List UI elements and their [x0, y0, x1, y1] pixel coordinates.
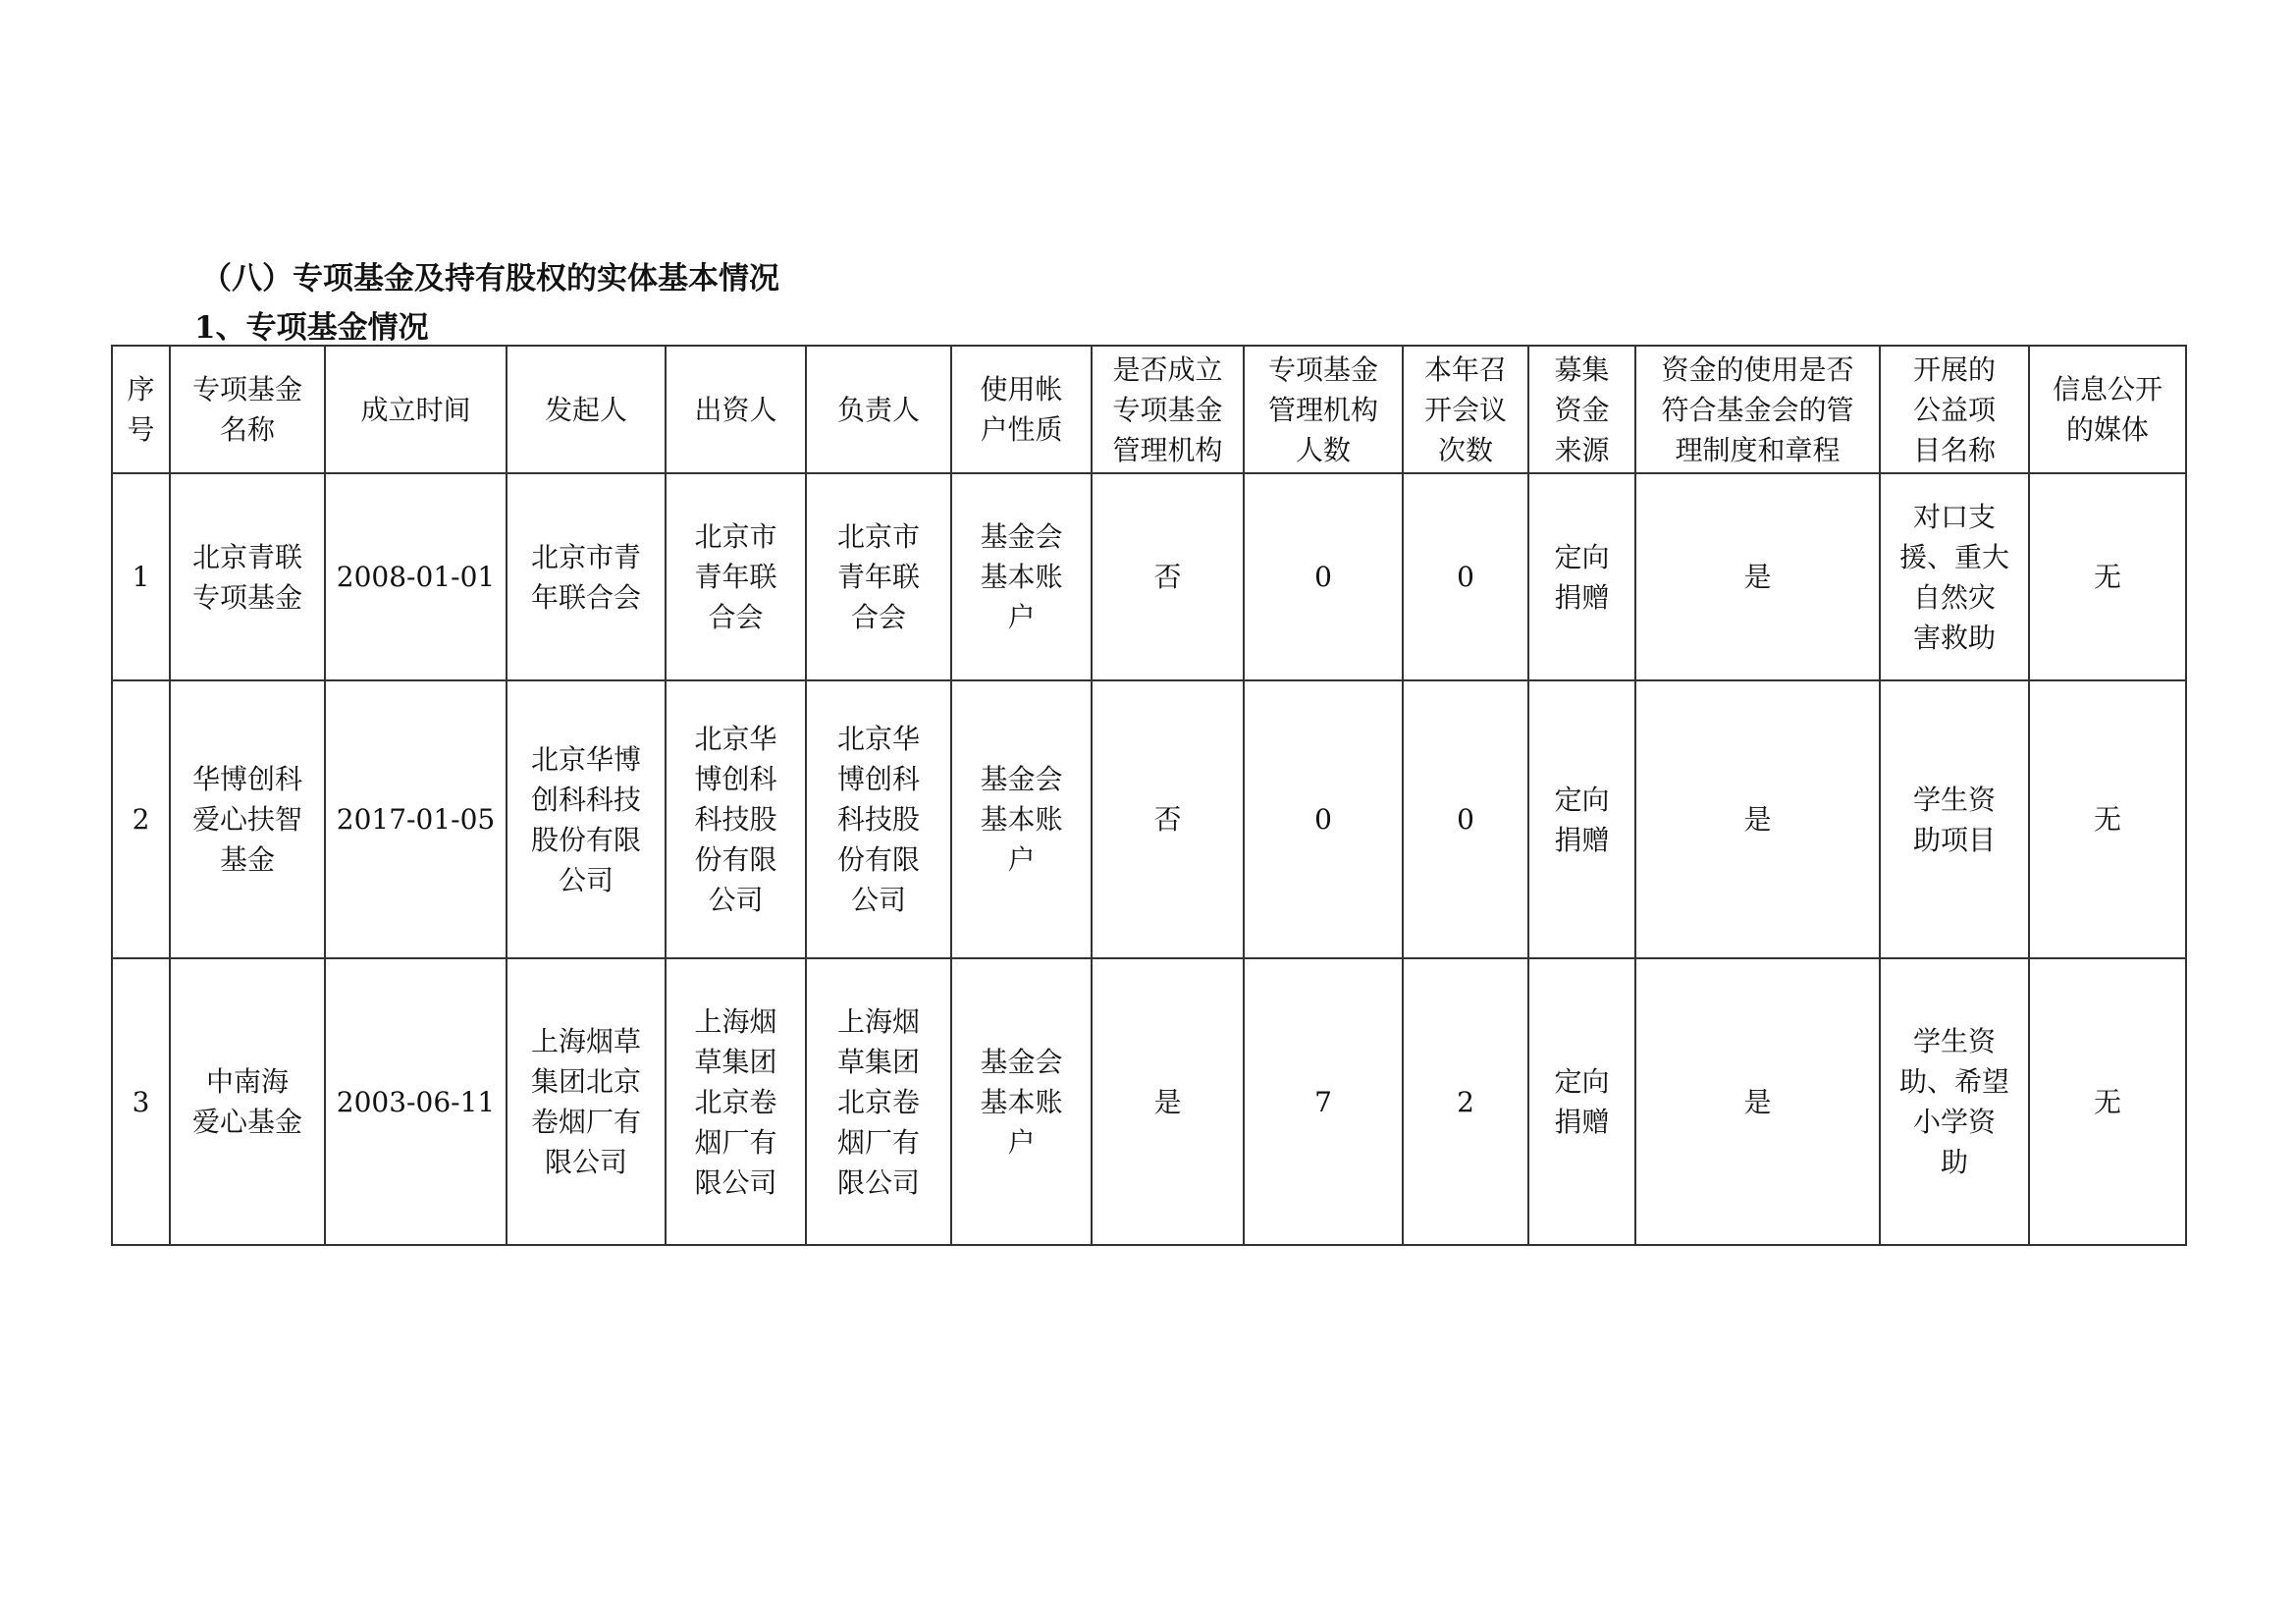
header-label: 专项基金 名称 [175, 369, 320, 450]
cell-projects: 对口支 援、重大 自然灾 害救助 [1880, 473, 2029, 680]
header-meetings-count: 本年召 开会议 次数 [1403, 346, 1528, 473]
section-title: （八）专项基金及持有股权的实体基本情况 [201, 253, 779, 298]
cell-established-date: 2003-06-11 [325, 958, 507, 1245]
cell-text: 无 [2034, 799, 2181, 839]
header-label: 是否成立 专项基金 管理机构 [1096, 350, 1239, 470]
header-label: 信息公开 的媒体 [2034, 369, 2181, 450]
cell-management-headcount: 0 [1244, 473, 1403, 680]
cell-management-headcount: 0 [1244, 680, 1403, 958]
header-has-management: 是否成立 专项基金 管理机构 [1092, 346, 1244, 473]
cell-initiator: 北京市青 年联合会 [507, 473, 666, 680]
cell-text: 北京华 博创科 科技股 份有限 公司 [670, 719, 801, 920]
cell-account-type: 基金会 基本账 户 [951, 958, 1092, 1245]
cell-meetings-count: 0 [1403, 473, 1528, 680]
cell-text: 2 [117, 799, 165, 839]
cell-management-headcount: 7 [1244, 958, 1403, 1245]
cell-text: 2008-01-01 [330, 557, 502, 597]
cell-text: 是 [1096, 1082, 1239, 1122]
cell-projects: 学生资 助项目 [1880, 680, 2029, 958]
table-row: 1 北京青联 专项基金 2008-01-01 北京市青 年联合会 北京市 青年联… [112, 473, 2186, 680]
header-label: 序 号 [117, 369, 165, 450]
cell-text: 0 [1249, 799, 1398, 839]
cell-projects: 学生资 助、希望 小学资 助 [1880, 958, 2029, 1245]
cell-fund-name: 华博创科 爱心扶智 基金 [170, 680, 325, 958]
header-label: 出资人 [670, 390, 801, 430]
cell-disclosure-media: 无 [2029, 958, 2186, 1245]
cell-text: 上海烟草 集团北京 卷烟厂有 限公司 [511, 1021, 661, 1182]
cell-fund-name: 北京青联 专项基金 [170, 473, 325, 680]
cell-text: 基金会 基本账 户 [956, 516, 1087, 637]
cell-text: 是 [1640, 799, 1875, 839]
cell-text: 对口支 援、重大 自然灾 害救助 [1885, 497, 2024, 658]
header-initiator: 发起人 [507, 346, 666, 473]
cell-text: 2003-06-11 [330, 1082, 502, 1122]
cell-initiator: 北京华博 创科科技 股份有限 公司 [507, 680, 666, 958]
cell-established-date: 2008-01-01 [325, 473, 507, 680]
cell-text: 3 [117, 1082, 165, 1122]
cell-text: 定向 捐赠 [1533, 537, 1630, 618]
header-management-headcount: 专项基金 管理机构 人数 [1244, 346, 1403, 473]
cell-text: 北京华博 创科科技 股份有限 公司 [511, 739, 661, 900]
cell-account-type: 基金会 基本账 户 [951, 680, 1092, 958]
cell-index: 1 [112, 473, 170, 680]
header-label: 成立时间 [330, 390, 502, 430]
subsection-title: 1、专项基金情况 [194, 302, 429, 347]
header-label: 负责人 [811, 390, 946, 430]
cell-funder: 北京华 博创科 科技股 份有限 公司 [666, 680, 806, 958]
header-label: 专项基金 管理机构 人数 [1249, 350, 1398, 470]
cell-funder: 上海烟 草集团 北京卷 烟厂有 限公司 [666, 958, 806, 1245]
cell-text: 华博创科 爱心扶智 基金 [175, 759, 320, 880]
cell-text: 2 [1408, 1082, 1523, 1122]
cell-text: 北京市青 年联合会 [511, 537, 661, 618]
special-fund-table: 序 号 专项基金 名称 成立时间 发起人 出资人 负责人 使用帐 户性质 是否成… [111, 345, 2187, 1246]
header-account-type: 使用帐 户性质 [951, 346, 1092, 473]
cell-index: 3 [112, 958, 170, 1245]
cell-fund-source: 定向 捐赠 [1528, 473, 1635, 680]
cell-established-date: 2017-01-05 [325, 680, 507, 958]
cell-meetings-count: 2 [1403, 958, 1528, 1245]
cell-text: 学生资 助、希望 小学资 助 [1885, 1021, 2024, 1182]
cell-text: 是 [1640, 1082, 1875, 1122]
cell-funder: 北京市 青年联 合会 [666, 473, 806, 680]
cell-text: 上海烟 草集团 北京卷 烟厂有 限公司 [670, 1001, 801, 1203]
header-fund-name: 专项基金 名称 [170, 346, 325, 473]
cell-index: 2 [112, 680, 170, 958]
cell-text: 0 [1408, 799, 1523, 839]
header-funder: 出资人 [666, 346, 806, 473]
table-row: 2 华博创科 爱心扶智 基金 2017-01-05 北京华博 创科科技 股份有限… [112, 680, 2186, 958]
cell-account-type: 基金会 基本账 户 [951, 473, 1092, 680]
cell-text: 北京华 博创科 科技股 份有限 公司 [811, 719, 946, 920]
cell-text: 2017-01-05 [330, 799, 502, 839]
cell-text: 7 [1249, 1082, 1398, 1122]
cell-text: 定向 捐赠 [1533, 780, 1630, 860]
cell-text: 0 [1249, 557, 1398, 597]
cell-has-management: 否 [1092, 680, 1244, 958]
header-label: 募集 资金 来源 [1533, 350, 1630, 470]
header-responsible: 负责人 [806, 346, 951, 473]
header-label: 使用帐 户性质 [956, 369, 1087, 450]
cell-fund-source: 定向 捐赠 [1528, 958, 1635, 1245]
cell-text: 1 [117, 557, 165, 597]
cell-text: 否 [1096, 557, 1239, 597]
cell-text: 无 [2034, 1082, 2181, 1122]
cell-responsible: 上海烟 草集团 北京卷 烟厂有 限公司 [806, 958, 951, 1245]
cell-has-management: 是 [1092, 958, 1244, 1245]
cell-meetings-count: 0 [1403, 680, 1528, 958]
header-label: 资金的使用是否 符合基金会的管 理制度和章程 [1640, 350, 1875, 470]
header-label: 本年召 开会议 次数 [1408, 350, 1523, 470]
cell-text: 学生资 助项目 [1885, 780, 2024, 860]
cell-fund-source: 定向 捐赠 [1528, 680, 1635, 958]
header-row: 序 号 专项基金 名称 成立时间 发起人 出资人 负责人 使用帐 户性质 是否成… [112, 346, 2186, 473]
header-fund-source: 募集 资金 来源 [1528, 346, 1635, 473]
cell-responsible: 北京华 博创科 科技股 份有限 公司 [806, 680, 951, 958]
header-index: 序 号 [112, 346, 170, 473]
cell-text: 基金会 基本账 户 [956, 759, 1087, 880]
cell-text: 北京市 青年联 合会 [811, 516, 946, 637]
cell-compliance: 是 [1635, 473, 1880, 680]
cell-compliance: 是 [1635, 680, 1880, 958]
header-label: 开展的 公益项 目名称 [1885, 350, 2024, 470]
header-established-date: 成立时间 [325, 346, 507, 473]
cell-text: 基金会 基本账 户 [956, 1042, 1087, 1163]
cell-text: 中南海 爱心基金 [175, 1061, 320, 1142]
cell-text: 否 [1096, 799, 1239, 839]
cell-disclosure-media: 无 [2029, 680, 2186, 958]
cell-responsible: 北京市 青年联 合会 [806, 473, 951, 680]
header-label: 发起人 [511, 390, 661, 430]
cell-initiator: 上海烟草 集团北京 卷烟厂有 限公司 [507, 958, 666, 1245]
cell-text: 0 [1408, 557, 1523, 597]
cell-text: 北京市 青年联 合会 [670, 516, 801, 637]
header-disclosure-media: 信息公开 的媒体 [2029, 346, 2186, 473]
cell-text: 上海烟 草集团 北京卷 烟厂有 限公司 [811, 1001, 946, 1203]
header-projects: 开展的 公益项 目名称 [1880, 346, 2029, 473]
cell-text: 定向 捐赠 [1533, 1061, 1630, 1142]
cell-text: 无 [2034, 557, 2181, 597]
header-compliance: 资金的使用是否 符合基金会的管 理制度和章程 [1635, 346, 1880, 473]
table-row: 3 中南海 爱心基金 2003-06-11 上海烟草 集团北京 卷烟厂有 限公司… [112, 958, 2186, 1245]
cell-text: 是 [1640, 557, 1875, 597]
cell-disclosure-media: 无 [2029, 473, 2186, 680]
cell-text: 北京青联 专项基金 [175, 537, 320, 618]
cell-compliance: 是 [1635, 958, 1880, 1245]
cell-has-management: 否 [1092, 473, 1244, 680]
cell-fund-name: 中南海 爱心基金 [170, 958, 325, 1245]
